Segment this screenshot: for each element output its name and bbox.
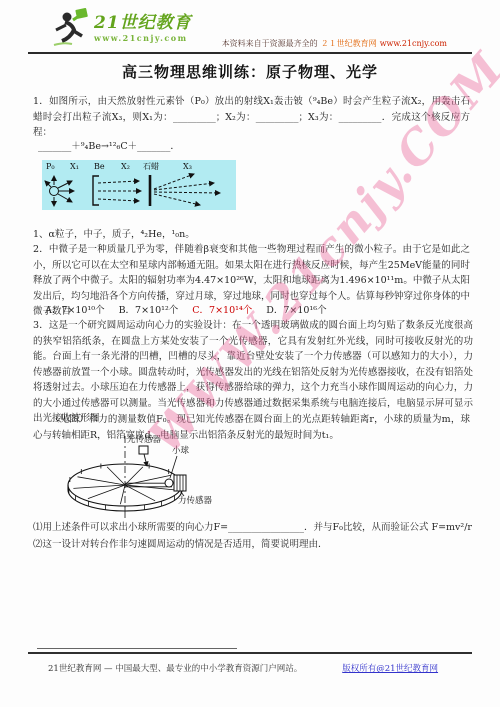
question-1-answer: 1、α粒子，中子，质子，⁴₂He，¹₀n。	[33, 226, 195, 240]
option-c: C．7×10¹⁴个	[192, 302, 252, 316]
light-sensor-label: 光传感器	[127, 434, 162, 445]
fig1-label-paraffin: 石蜡	[143, 161, 159, 171]
question-3-text: 3．这是一个研究圆周运动向心力的实验设计：在一个透明玻璃做成的圆台面上均匀贴了数…	[33, 318, 473, 427]
footer-text: 21世纪教育网 — 中国最大型、最专业的中小学教育资源门户网站。	[48, 664, 302, 674]
fig1-label-x2: X₂	[121, 162, 130, 171]
question-1-text: 1．如图所示，由天然放射性元素钋（P₀）放出的射线X₁轰击铍（⁹₄Be）时会产生…	[33, 94, 470, 141]
force-sensor-icon	[174, 475, 186, 491]
fig1-label-x1: X₁	[70, 162, 79, 171]
question-3-sub1: ⑴用上述条件可以求出小球所需要的向心力F=________________．并与…	[33, 519, 472, 533]
option-d: D．7×10¹⁶个	[266, 302, 326, 316]
force-sensor-label: 力传感器	[178, 495, 213, 506]
footer: 21世纪教育网 — 中国最大型、最专业的中小学教育资源门户网站。版权所有@21世…	[48, 662, 438, 674]
tagline-url[interactable]: www.21cnjy.com	[380, 39, 447, 48]
fig1-label-source: P₀	[46, 162, 55, 171]
fig1-label-be: Be	[94, 162, 105, 171]
ball-label: 小球	[172, 445, 190, 456]
ball-icon	[165, 479, 173, 487]
question-3-sub2: ⑵这一设计对转台作非匀速圆周运动的情况是否适用，简要说明理由．	[33, 536, 328, 550]
question-1-equation: _______＋⁹₄Be→¹²₆C＋_______．	[38, 138, 180, 152]
option-a: A．7×10¹⁰个	[45, 302, 105, 316]
figure-1-scattering-diagram: P₀ X₁ Be X₂ 石蜡 X₃	[42, 160, 236, 214]
header-tagline: 本资料来自于资源最齐全的２１世纪教育网www.21cnjy.com	[175, 38, 447, 49]
footer-divider	[28, 652, 472, 654]
runner-logo-icon	[52, 8, 90, 48]
fig1-label-x3: X₃	[183, 162, 192, 171]
tagline-brand: ２１世纪教育网	[321, 39, 377, 48]
site-logo: 21世纪教育 www.21cnjy.com	[52, 8, 192, 48]
page-title: 高三物理思维训练：原子物理、光学	[0, 61, 500, 82]
light-sensor-icon	[139, 446, 148, 466]
tagline-prefix: 本资料来自于资源最齐全的	[222, 39, 318, 48]
header-divider	[28, 52, 472, 54]
footer-divider-thin	[37, 648, 237, 649]
question-2-options: A．7×10¹⁰个 B．7×10¹²个 C．7×10¹⁴个 D．7×10¹⁶个	[45, 302, 327, 316]
option-b: B．7×10¹²个	[119, 302, 179, 316]
document-page: 21世纪教育 www.21cnjy.com 本资料来自于资源最齐全的２１世纪教育…	[0, 0, 500, 707]
footer-copyright-link[interactable]: 版权所有@21世纪教育网	[342, 664, 438, 674]
logo-brand-text: 21世纪教育	[94, 15, 192, 32]
